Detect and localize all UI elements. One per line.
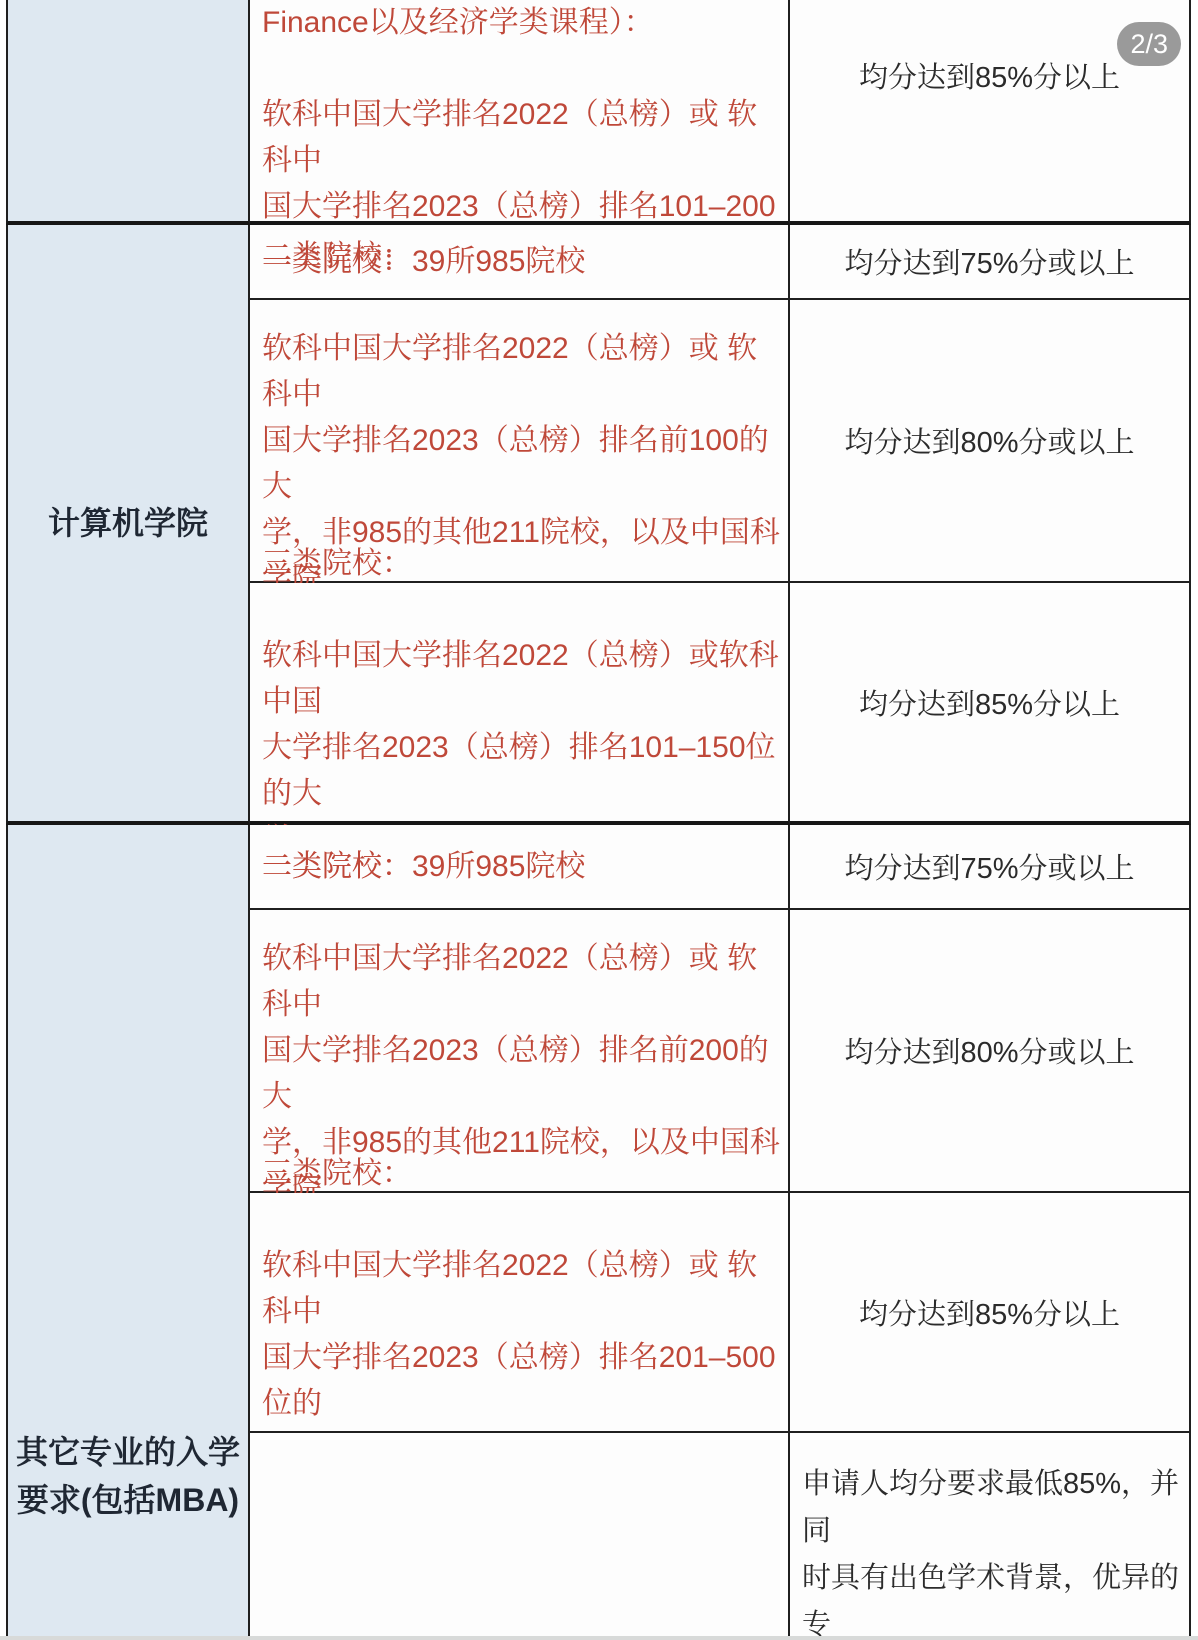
requirement-cell: 均分达到80%分或以上 [790, 300, 1191, 583]
requirement-cell: 均分达到80%分或以上 [790, 910, 1191, 1193]
criteria-cell: Finance以及经济学类课程）： 软科中国大学排名2022（总榜）或 软科中 … [250, 0, 790, 225]
image-viewer-screen: Finance以及经济学类课程）： 软科中国大学排名2022（总榜）或 软科中 … [0, 0, 1198, 1640]
section-label-other-majors: 其它专业的入学要求(包括MBA) [6, 825, 250, 1636]
admissions-table: Finance以及经济学类课程）： 软科中国大学排名2022（总榜）或 软科中 … [6, 0, 1191, 1636]
criteria-cell-empty [250, 1433, 790, 1636]
requirement-cell-mba-note: 申请人均分要求最低85%，并同 时具有出色学术背景，优异的专 业成绩，以及（或）… [790, 1433, 1191, 1636]
section-label-cell-top [6, 0, 250, 225]
requirement-cell: 均分达到75%分或以上 [790, 225, 1191, 300]
image-bottom-edge [0, 1636, 1198, 1640]
criteria-cell: 三类院校： 软科中国大学排名2022（总榜）或软科中国 大学排名2023（总榜）… [250, 583, 790, 825]
requirement-cell: 均分达到85%分以上 [790, 1193, 1191, 1433]
section-label-computer-school: 计算机学院 [6, 225, 250, 825]
requirement-cell: 均分达到75%分或以上 [790, 825, 1191, 910]
requirement-cell: 均分达到85%分以上 [790, 583, 1191, 825]
criteria-cell: 三类院校： 软科中国大学排名2022（总榜）或 软科中 国大学排名2023（总榜… [250, 1193, 790, 1433]
page-indicator-badge: 2/3 [1117, 22, 1181, 66]
